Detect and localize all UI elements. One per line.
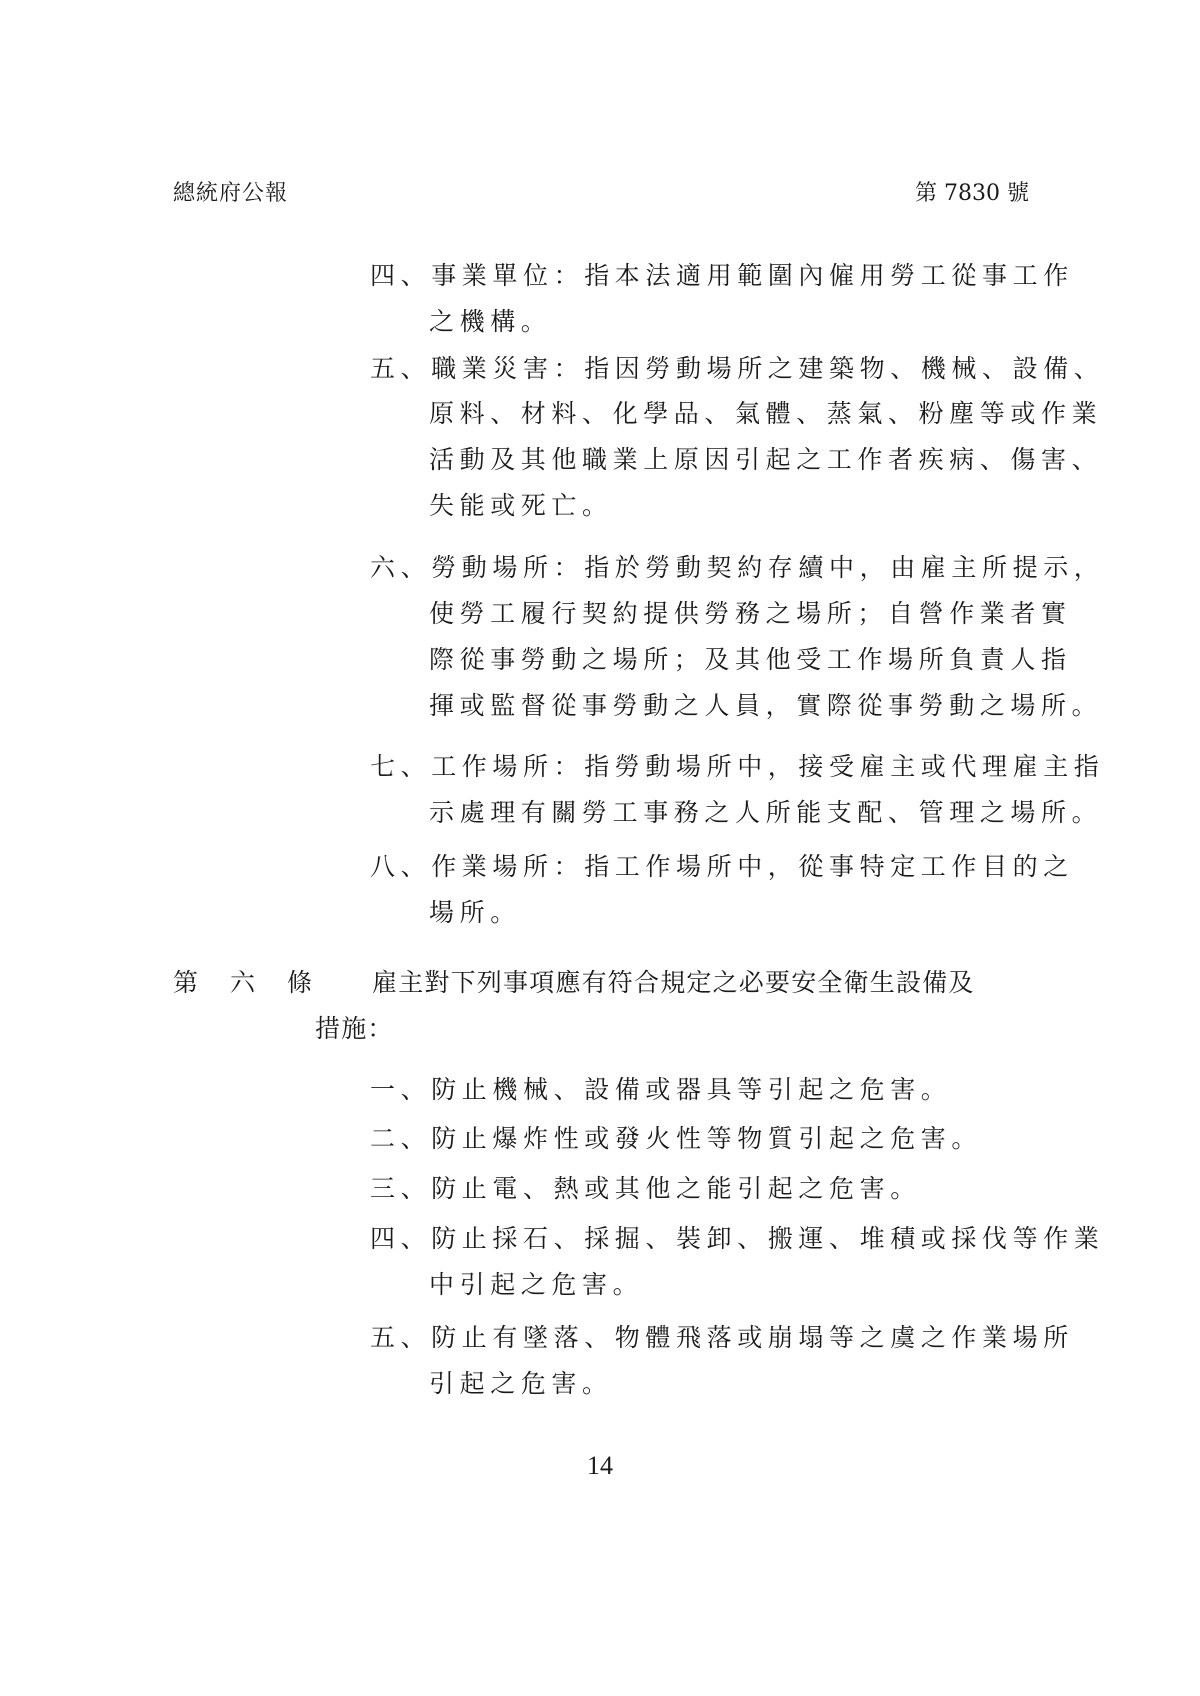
definition-line: 五、職業災害：指因勞動場所之建築物、機械、設備、: [370, 351, 1104, 387]
definition-line: 之機構。: [429, 304, 551, 340]
issue-number: 第 7830 號: [915, 178, 1029, 210]
article-item-line: 四、防止採石、採掘、裝卸、搬運、堆積或採伐等作業: [370, 1221, 1104, 1257]
article-label-char: 第: [173, 965, 230, 1001]
publication-title: 總統府公報: [173, 178, 288, 210]
article-item-line: 一、防止機械、設備或器具等引起之危害。: [370, 1072, 951, 1108]
definition-line: 原料、材料、化學品、氣體、蒸氣、粉塵等或作業: [429, 396, 1102, 432]
article-text-line: 措施：: [315, 1011, 394, 1047]
definition-line: 失能或死亡。: [429, 488, 613, 524]
definition-line: 六、勞動場所：指於勞動契約存續中，由雇主所提示，: [370, 550, 1104, 586]
definition-line: 使勞工履行契約提供勞務之場所；自營作業者實: [429, 596, 1072, 632]
definition-line: 七、工作場所：指勞動場所中，接受雇主或代理雇主指: [370, 749, 1104, 785]
definition-line: 八、作業場所：指工作場所中，從事特定工作目的之: [370, 849, 1074, 885]
article-label: 第六條: [173, 965, 344, 1001]
definition-line: 活動及其他職業上原因引起之工作者疾病、傷害、: [429, 442, 1102, 478]
article-text-line: 雇主對下列事項應有符合規定之必要安全衛生設備及: [372, 965, 975, 1001]
article-item-line: 引起之危害。: [429, 1366, 613, 1402]
article-item-line: 五、防止有墜落、物體飛落或崩塌等之虞之作業場所: [370, 1320, 1074, 1356]
article-item-line: 三、防止電、熱或其他之能引起之危害。: [370, 1171, 921, 1207]
page-number: 14: [0, 1448, 1200, 1484]
article-label-char: 六: [230, 965, 287, 1001]
definition-line: 揮或監督從事勞動之人員，實際從事勞動之場所。: [429, 688, 1102, 724]
definition-line: 際從事勞動之場所；及其他受工作場所負責人指: [429, 642, 1072, 678]
article-item-line: 中引起之危害。: [429, 1267, 643, 1303]
article-item-line: 二、防止爆炸性或發火性等物質引起之危害。: [370, 1121, 982, 1157]
definition-line: 場所。: [429, 895, 521, 931]
definition-line: 示處理有關勞工事務之人所能支配、管理之場所。: [429, 795, 1102, 831]
definition-line: 四、事業單位：指本法適用範圍內僱用勞工從事工作: [370, 258, 1074, 294]
article-label-char: 條: [287, 965, 344, 1001]
